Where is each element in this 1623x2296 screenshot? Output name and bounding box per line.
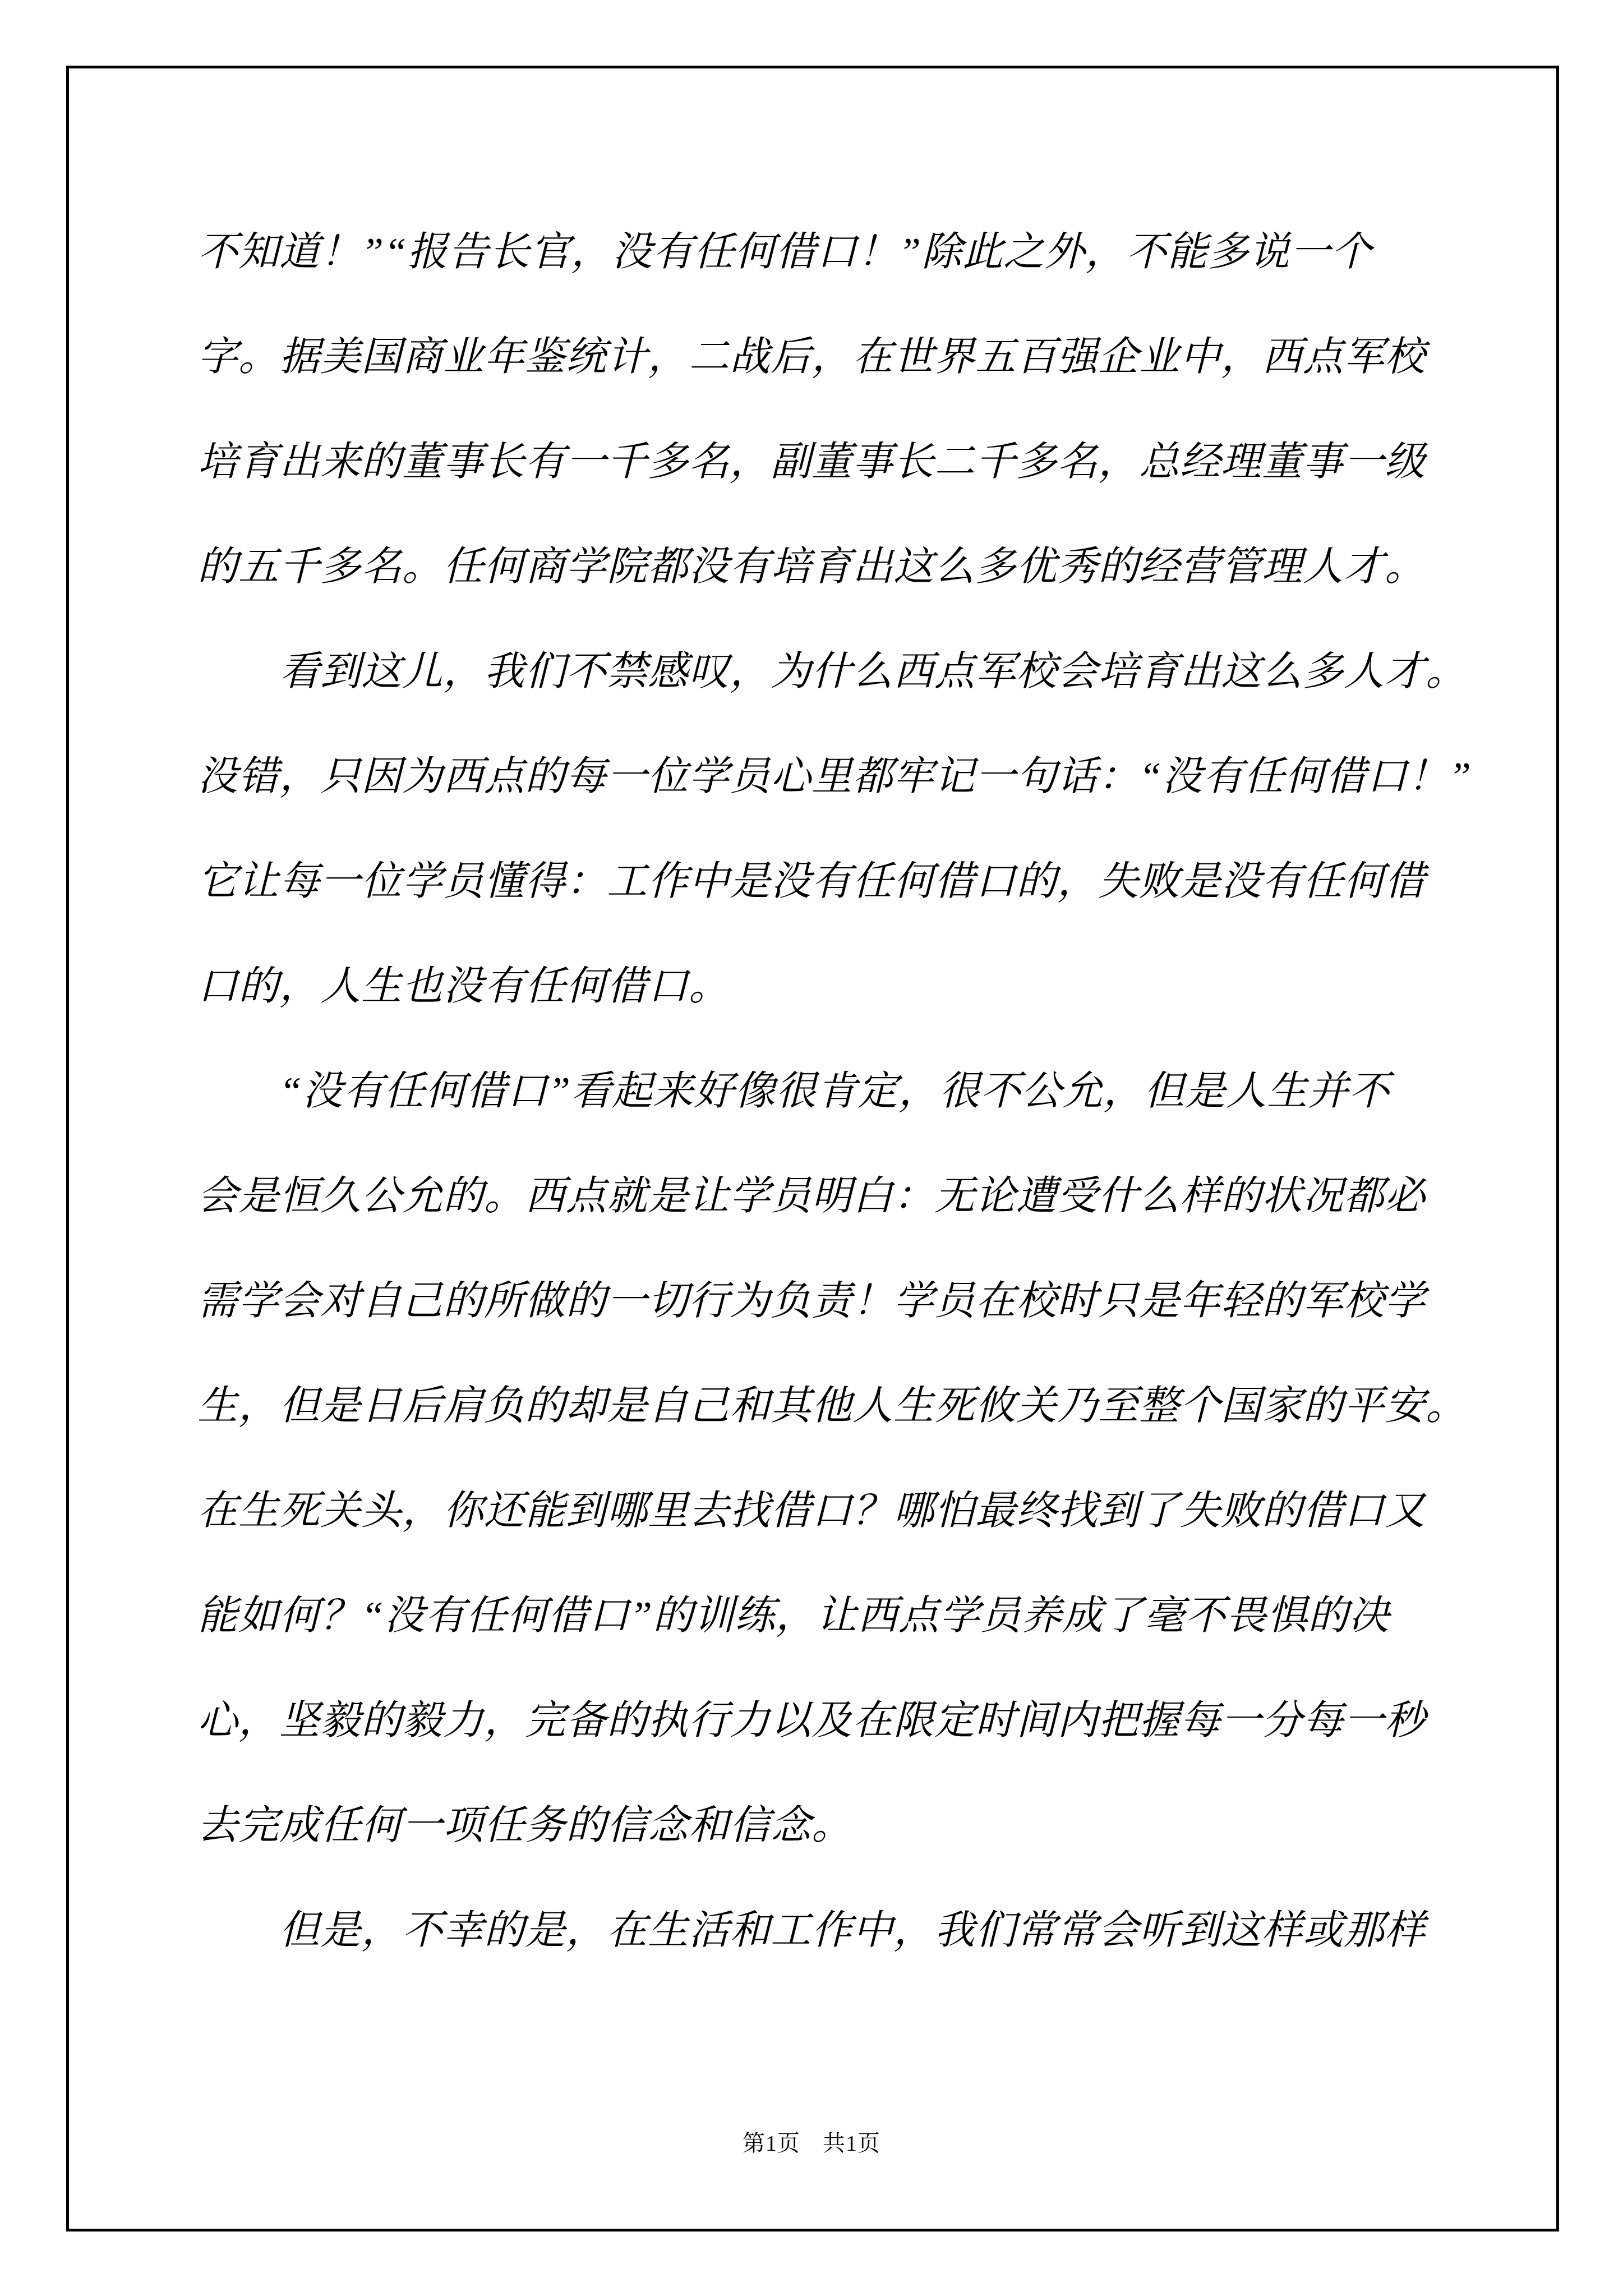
page-footer: 第1页共1页 xyxy=(0,2131,1623,2156)
paragraph-3: “没有任何借口”看起来好像很肯定，很不公允，但是人生并不 会是恒久公允的。西点就… xyxy=(197,1039,1515,1878)
paragraph-2: 看到这儿，我们不禁感叹，为什么西点军校会培育出这么多人才。 没错，只因为西点的每… xyxy=(197,619,1515,1039)
paragraph-4: 但是，不幸的是，在生活和工作中，我们常常会听到这样或那样 xyxy=(197,1878,1515,1983)
document-body: 不知道！”“报告长官，没有任何借口！”除此之外，不能多说一个 字。据美国商业年鉴… xyxy=(197,200,1515,1983)
footer-page-number: 第1页 xyxy=(743,2131,800,2156)
footer-total-pages: 共1页 xyxy=(823,2131,880,2156)
paragraph-1: 不知道！”“报告长官，没有任何借口！”除此之外，不能多说一个 字。据美国商业年鉴… xyxy=(197,200,1515,619)
